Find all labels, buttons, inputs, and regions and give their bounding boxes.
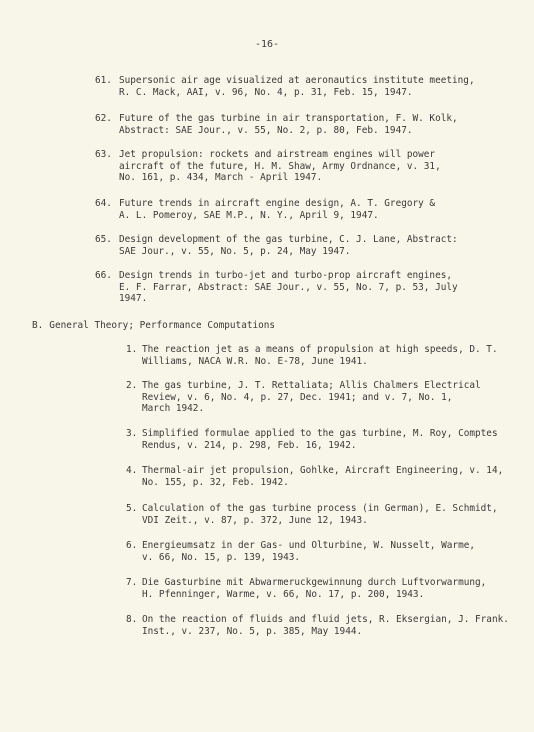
page-number: -16- (0, 39, 534, 51)
entry-text: On the reaction of fluids and fluid jets… (126, 614, 526, 637)
entry-text: Design trends in turbo-jet and turbo-pro… (95, 270, 515, 305)
entry-text: Supersonic air age visualized at aeronau… (95, 75, 515, 98)
section-title: General Theory; Performance Computations (49, 320, 275, 331)
section-heading: B.General Theory; Performance Computatio… (32, 320, 275, 332)
entry-text: The gas turbine, J. T. Rettaliata; Allis… (126, 380, 526, 415)
bibliography-entry-b7: 7. Die Gasturbine mit Abwarmeruckgewinnu… (126, 577, 526, 600)
entry-text: Future trends in aircraft engine design,… (95, 198, 515, 221)
entry-text: Future of the gas turbine in air transpo… (95, 113, 515, 136)
entry-number: 63. (95, 149, 112, 161)
entry-number: 65. (95, 234, 112, 246)
bibliography-entry-65: 65. Design development of the gas turbin… (95, 234, 515, 257)
bibliography-entry-b6: 6. Energieumsatz in der Gas- und Olturbi… (126, 540, 526, 563)
bibliography-entry-b2: 2. The gas turbine, J. T. Rettaliata; Al… (126, 380, 526, 415)
entry-text: Thermal-air jet propulsion, Gohlke, Airc… (126, 465, 526, 488)
entry-number: 61. (95, 75, 112, 87)
entry-text: Jet propulsion: rockets and airstream en… (95, 149, 515, 184)
bibliography-entry-62: 62. Future of the gas turbine in air tra… (95, 113, 515, 136)
entry-text: The reaction jet as a means of propulsio… (126, 344, 526, 367)
entry-text: Energieumsatz in der Gas- und Olturbine,… (126, 540, 526, 563)
bibliography-entry-b3: 3. Simplified formulae applied to the ga… (126, 428, 526, 451)
bibliography-entry-b5: 5. Calculation of the gas turbine proces… (126, 503, 526, 526)
entry-text: Die Gasturbine mit Abwarmeruckgewinnung … (126, 577, 526, 600)
entry-number: 5. (126, 503, 137, 515)
entry-number: 7. (126, 577, 137, 589)
entry-number: 6. (126, 540, 137, 552)
entry-text: Simplified formulae applied to the gas t… (126, 428, 526, 451)
bibliography-entry-b1: 1. The reaction jet as a means of propul… (126, 344, 526, 367)
bibliography-entry-64: 64. Future trends in aircraft engine des… (95, 198, 515, 221)
entry-text: Design development of the gas turbine, C… (95, 234, 515, 257)
entry-number: 8. (126, 614, 137, 626)
entry-number: 4. (126, 465, 137, 477)
entry-number: 64. (95, 198, 112, 210)
entry-number: 3. (126, 428, 137, 440)
entry-number: 66. (95, 270, 112, 282)
entry-text: Calculation of the gas turbine process (… (126, 503, 526, 526)
bibliography-entry-b8: 8. On the reaction of fluids and fluid j… (126, 614, 526, 637)
section-letter: B. (32, 320, 43, 331)
bibliography-entry-61: 61. Supersonic air age visualized at aer… (95, 75, 515, 98)
bibliography-entry-b4: 4. Thermal-air jet propulsion, Gohlke, A… (126, 465, 526, 488)
bibliography-entry-66: 66. Design trends in turbo-jet and turbo… (95, 270, 515, 305)
entry-number: 2. (126, 380, 137, 392)
entry-number: 62. (95, 113, 112, 125)
bibliography-entry-63: 63. Jet propulsion: rockets and airstrea… (95, 149, 515, 184)
entry-number: 1. (126, 344, 137, 356)
